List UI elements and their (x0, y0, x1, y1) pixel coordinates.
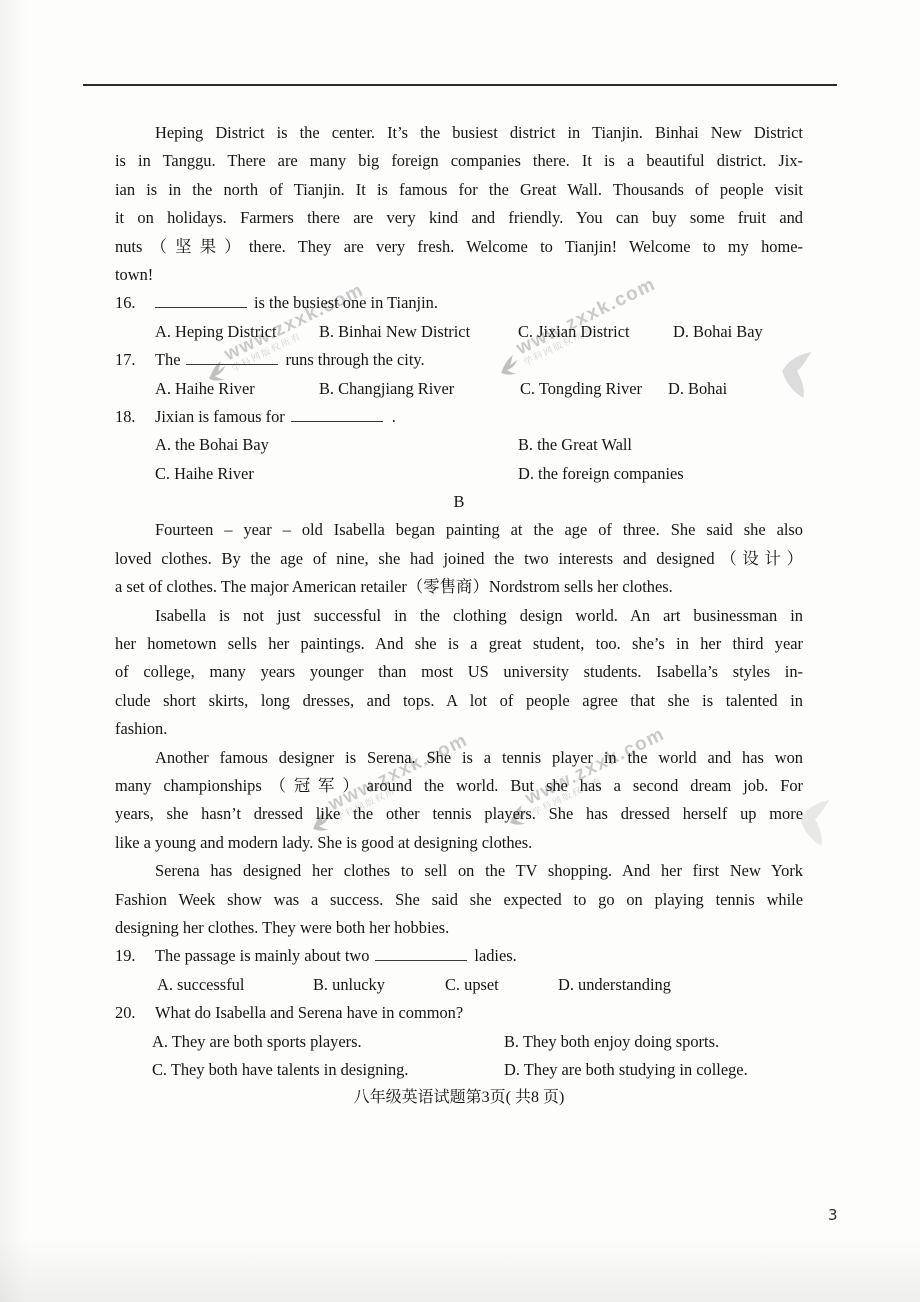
exam-page: www.zxxk.com 学科网版权所有 www.zxxk.com 学科网版权所… (0, 0, 920, 1302)
passage-a: Heping District is the center. It’s the … (115, 119, 803, 289)
options-20: A. They are both sports players. B. They… (115, 1028, 803, 1085)
option-18-a: A. the Bohai Bay (155, 431, 518, 459)
question-number: 16. (115, 289, 155, 317)
question-18: 18.Jixian is famous for. (115, 403, 803, 431)
passage-line: is in Tanggu. There are many big foreign… (115, 147, 803, 175)
passage-line: town! (115, 261, 803, 289)
passage-b-paragraph-4: Serena has designed her clothes to sell … (115, 857, 803, 942)
option-17-b: B. Changjiang River (319, 375, 520, 403)
question-20: 20.What do Isabella and Serena have in c… (115, 999, 803, 1027)
option-20-a: A. They are both sports players. (152, 1028, 504, 1056)
options-19: A. successful B. unlucky C. upset D. und… (115, 971, 803, 999)
passage-line: fashion. (115, 715, 803, 743)
passage-line: of college, many years younger than most… (115, 658, 803, 686)
passage-line: her hometown sells her paintings. And sh… (115, 630, 803, 658)
question-text: What do Isabella and Serena have in comm… (155, 1003, 463, 1022)
option-18-c: C. Haihe River (155, 460, 518, 488)
passage-line: like a young and modern lady. She is goo… (115, 829, 803, 857)
question-text: . (392, 407, 396, 426)
passage-line: loved clothes. By the age of nine, she h… (115, 545, 803, 573)
answer-blank (291, 404, 383, 422)
option-19-a: A. successful (157, 971, 313, 999)
option-17-c: C. Tongding River (520, 375, 668, 403)
passage-line: it on holidays. Farmers there are very k… (115, 204, 803, 232)
passage-line: ian is in the north of Tianjin. It is fa… (115, 176, 803, 204)
passage-b-paragraph-3: Another famous designer is Serena. She i… (115, 744, 803, 858)
option-17-d: D. Bohai (668, 375, 803, 403)
question-19: 19.The passage is mainly about twoladies… (115, 942, 803, 970)
question-text: is the busiest one in Tianjin. (254, 293, 438, 312)
passage-line: a set of clothes. The major American ret… (115, 573, 803, 601)
corner-swoosh-icon (798, 800, 832, 848)
option-20-b: B. They both enjoy doing sports. (504, 1028, 803, 1056)
passage-line: Heping District is the center. It’s the … (115, 119, 803, 147)
option-19-d: D. understanding (558, 971, 803, 999)
page-body: Heping District is the center. It’s the … (115, 119, 803, 1113)
option-20-d: D. They are both studying in college. (504, 1056, 803, 1084)
passage-line: Another famous designer is Serena. She i… (115, 744, 803, 772)
passage-line: nuts（坚果）there. They are very fresh. Welc… (115, 233, 803, 261)
question-number: 18. (115, 403, 155, 431)
passage-line: Isabella is not just successful in the c… (115, 602, 803, 630)
passage-line: Serena has designed her clothes to sell … (115, 857, 803, 885)
option-18-b: B. the Great Wall (518, 431, 803, 459)
question-16: 16.is the busiest one in Tianjin. (115, 289, 803, 317)
question-number: 20. (115, 999, 155, 1027)
option-17-a: A. Haihe River (155, 375, 319, 403)
option-19-b: B. unlucky (313, 971, 445, 999)
answer-blank (155, 290, 247, 308)
option-19-c: C. upset (445, 971, 558, 999)
question-17: 17.Theruns through the city. (115, 346, 803, 374)
question-text: Jixian is famous for (155, 407, 285, 426)
passage-line: Fashion Week show was a success. She sai… (115, 886, 803, 914)
option-16-b: B. Binhai New District (319, 318, 518, 346)
passage-b-paragraph-2: Isabella is not just successful in the c… (115, 602, 803, 744)
passage-b-paragraph-1: Fourteen – year – old Isabella began pai… (115, 516, 803, 601)
question-text: The passage is mainly about two (155, 946, 369, 965)
passage-line: Fourteen – year – old Isabella began pai… (115, 516, 803, 544)
answer-blank (375, 943, 467, 961)
page-number: 3 (828, 1206, 838, 1224)
passage-line: designing her clothes. They were both he… (115, 914, 803, 942)
question-number: 17. (115, 346, 155, 374)
answer-blank (186, 347, 278, 365)
question-text: The (155, 350, 180, 369)
passage-line: years, she hasn’t dressed like the other… (115, 800, 803, 828)
option-18-d: D. the foreign companies (518, 460, 803, 488)
option-16-d: D. Bohai Bay (673, 318, 803, 346)
passage-line: clude short skirts, long dresses, and to… (115, 687, 803, 715)
options-16: A. Heping District B. Binhai New Distric… (115, 318, 803, 346)
passage-line: many championships（冠军）around the world. … (115, 772, 803, 800)
options-18: A. the Bohai Bay B. the Great Wall C. Ha… (115, 431, 803, 488)
options-17: A. Haihe River B. Changjiang River C. To… (115, 375, 803, 403)
header-rule (83, 84, 837, 86)
footer-pagination: 八年级英语试题第3页( 共8 页) (115, 1084, 803, 1112)
option-20-c: C. They both have talents in designing. (152, 1056, 504, 1084)
option-16-a: A. Heping District (155, 318, 319, 346)
question-text: ladies. (474, 946, 516, 965)
option-16-c: C. Jixian District (518, 318, 673, 346)
question-number: 19. (115, 942, 155, 970)
section-b-label: B (115, 488, 803, 516)
question-text: runs through the city. (285, 350, 424, 369)
